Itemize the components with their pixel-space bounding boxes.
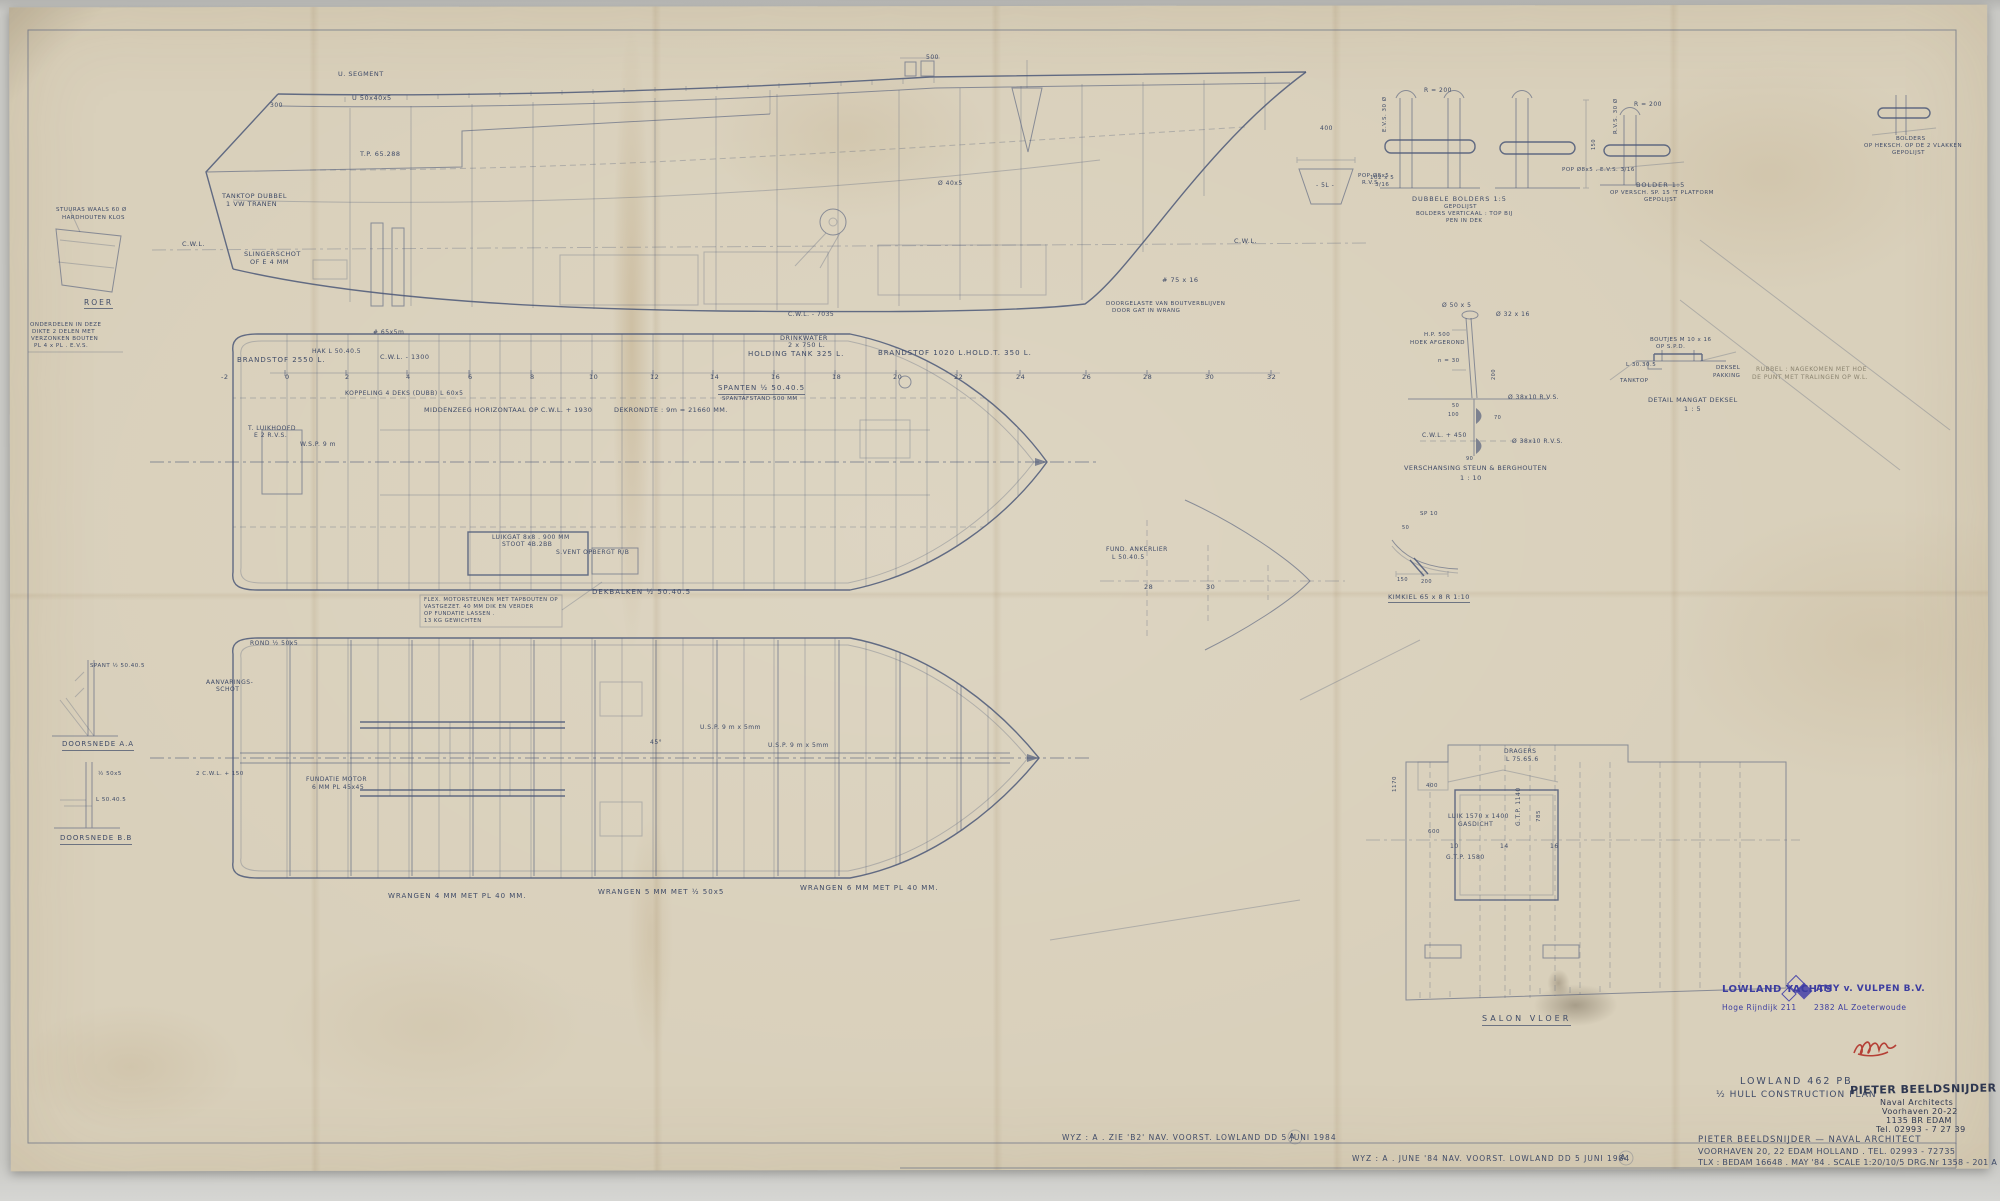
label-106: ½ 50x5 xyxy=(98,771,122,777)
label-158: GASDICHT xyxy=(1458,822,1493,829)
label-36: C.W.L. - 1300 xyxy=(380,354,430,361)
label-65: KOPPELING 4 DEKS (DUBB) L 60x5 xyxy=(345,391,463,398)
label-15: A xyxy=(1620,1154,1626,1163)
label-38: 2 x 750 L. xyxy=(788,342,825,349)
label-64: HAK L 50.40.5 xyxy=(312,349,361,356)
label-128: Ø 32 x 16 xyxy=(1496,312,1530,319)
label-49: 4 xyxy=(406,374,411,381)
label-22: T.P. 65.288 xyxy=(360,151,401,158)
label-145: TANKTOP xyxy=(1620,378,1649,384)
label-151: 50 xyxy=(1402,526,1409,532)
label-74: STOOT 4B.2BB xyxy=(502,542,552,549)
label-53: 12 xyxy=(650,374,659,381)
label-24: 1 VW TRANEN xyxy=(226,201,277,208)
caption-salon-vloer: SALON VLOER xyxy=(1482,1015,1571,1026)
label-85: ROND ½ 50x5 xyxy=(250,641,298,648)
label-149: 1 : 5 xyxy=(1684,406,1701,413)
caption-wrangen-4: WRANGEN 4 MM MET PL 40 MM. xyxy=(388,893,527,901)
label-84: 30 xyxy=(1206,584,1215,591)
label-164: 785 xyxy=(1536,810,1542,822)
label-42: 400 xyxy=(1320,126,1333,133)
label-63: 32 xyxy=(1267,374,1276,381)
label-109: R = 200 xyxy=(1424,88,1452,95)
label-130: HOEK AFGEROND xyxy=(1410,340,1465,346)
label-126: GEPOLIJST xyxy=(1892,150,1925,156)
label-92: 45° xyxy=(650,740,662,747)
caption-kimkiel: KIMKIEL 65 x 8 R 1:10 xyxy=(1388,594,1470,603)
label-47: 0 xyxy=(285,374,290,381)
label-28: C.W.L. xyxy=(1234,238,1257,245)
label-31: DOORGELASTE VAN BOUTVERBLIJVEN xyxy=(1106,301,1225,307)
label-110: R = 200 xyxy=(1634,102,1662,109)
label-68: W.S.P. 9 m xyxy=(300,442,336,449)
label-134: 50 xyxy=(1452,404,1459,410)
label-27: C.W.L. xyxy=(182,241,205,248)
label-81: FUND. ANKERLIER xyxy=(1106,547,1168,554)
label-75: S.VENT OPBERGT R/B xyxy=(556,550,629,557)
label-170: DE PUNT MET TRALINGEN OP W.L. xyxy=(1752,375,1868,382)
label-111: E.V.S. 30 Ø xyxy=(1382,96,1388,132)
caption-doorsnede-bb: DOORSNEDE B.B xyxy=(60,835,132,845)
label-152: 150 xyxy=(1397,578,1408,584)
label-120: POP Ø8x5 . E.V.S. 3/16 xyxy=(1562,167,1635,173)
label-123: GEPOLIJST xyxy=(1644,197,1677,203)
label-88: 2 C.W.L. + 150 xyxy=(196,771,244,777)
label-103: PL 4 x PL . E.V.S. xyxy=(34,343,88,349)
label-10: Tel. 02993 - 7 27 39 xyxy=(1876,1126,1966,1135)
label-83: 28 xyxy=(1144,584,1153,591)
label-18: U. SEGMENT xyxy=(338,71,384,78)
label-146: DEKSEL xyxy=(1716,365,1740,371)
label-80: 13 KG GEWICHTEN xyxy=(424,619,482,625)
label-113: 102 x 5 xyxy=(1370,175,1394,181)
label-59: 24 xyxy=(1016,374,1025,381)
label-124: BOLDERS xyxy=(1896,136,1926,142)
label-135: 100 xyxy=(1448,413,1459,419)
label-72: SPANTAFSTAND 500 MM xyxy=(722,396,798,402)
label-147: PAKKING xyxy=(1713,373,1740,379)
label-142: BOUTJES M 10 x 16 xyxy=(1650,337,1711,343)
label-56: 18 xyxy=(832,374,841,381)
label-107: L 50.40.5 xyxy=(96,797,126,803)
label-39: HOLDING TANK 325 L. xyxy=(748,351,844,359)
label-122: OP VERSCH. SP. 15 'T PLATFORM xyxy=(1610,190,1714,196)
stamp-amy-vulpen: AMY v. VULPEN B.V. xyxy=(1816,985,1925,995)
label-48: 2 xyxy=(345,374,350,381)
label-19: U 50x40x5 xyxy=(352,95,392,102)
label-21: 500 xyxy=(926,55,939,62)
label-159: G.T.P. 1580 xyxy=(1446,855,1485,862)
label-29: Ø 40x5 xyxy=(938,181,963,188)
label-58: 22 xyxy=(954,374,963,381)
label-119: PEN IN DEK xyxy=(1446,218,1482,224)
label-136: 70 xyxy=(1494,416,1501,422)
label-60: 26 xyxy=(1082,374,1091,381)
label-153: 200 xyxy=(1421,580,1432,586)
label-89: FUNDATIE MOTOR xyxy=(306,777,367,784)
caption-dubbele-bolders: DUBBELE BOLDERS 1:5 xyxy=(1412,196,1507,203)
label-82: L 50.40.5 xyxy=(1112,555,1145,562)
label-150: SP 10 xyxy=(1420,511,1438,517)
caption-dekbalken: DEKBALKEN ½ 50.40.5 xyxy=(592,589,691,597)
caption-spanten: SPANTEN ½ 50.40.5 xyxy=(718,385,805,395)
label-41: HOLD.T. 350 L. xyxy=(966,350,1032,358)
drawing-title-line1: LOWLAND 462 PB xyxy=(1740,1077,1853,1087)
revision-note-right: WYZ : A . JUNE '84 NAV. VOORST. LOWLAND … xyxy=(1352,1155,1630,1163)
label-104: SPANT ½ 50.40.5 xyxy=(90,663,145,669)
label-156: L 75.65.6 xyxy=(1506,757,1539,764)
caption-wrangen-6: WRANGEN 6 MM MET PL 40 MM. xyxy=(800,885,939,893)
revision-note-left: WYZ : A . ZIE 'B2' NAV. VOORST. LOWLAND … xyxy=(1062,1134,1337,1142)
label-57: 20 xyxy=(893,374,902,381)
label-100: ONDERDELEN IN DEZE xyxy=(30,322,102,328)
caption-wrangen-5: WRANGEN 5 MM MET ½ 50x5 xyxy=(598,889,724,897)
label-69: MIDDENZEEG HORIZONTAAL OP C.W.L. + 1930 xyxy=(424,407,592,414)
label-161: 400 xyxy=(1426,783,1438,789)
label-137: C.W.L. + 450 xyxy=(1422,433,1467,440)
label-34: C.W.L. - 7035 xyxy=(788,312,834,319)
label-78: VASTGEZET. 40 MM DIK EN VERDER xyxy=(424,605,534,611)
label-98: HARDHOUTEN KLOS xyxy=(62,215,125,221)
label-138: Ø 38x10 R.V.S. xyxy=(1512,439,1563,446)
label-155: DRAGERS xyxy=(1504,749,1536,756)
label-50: 6 xyxy=(468,374,473,381)
label-167: 16 xyxy=(1550,844,1559,851)
label-127: Ø 50 x 5 xyxy=(1442,303,1471,310)
label-17: A xyxy=(1289,1133,1295,1142)
label-32: DOOR GAT IN WRANG xyxy=(1112,308,1180,314)
label-26: OF E 4 MM xyxy=(250,259,289,266)
label-125: OP HEKSCH. OP DE 2 VLAKKEN xyxy=(1864,143,1962,149)
label-35: BRANDSTOF 2550 L. xyxy=(237,357,325,365)
label-93: U.S.P. 9 m x 5mm xyxy=(768,743,829,750)
blueprint-photo: LOWLAND YACHTSAMY v. VULPEN B.V.Hoge Rij… xyxy=(0,0,2000,1201)
label-143: OP S.P.D. xyxy=(1656,344,1685,350)
label-33: # 65x5m xyxy=(373,330,404,337)
label-3: 2382 AL Zoeterwoude xyxy=(1814,1004,1907,1012)
caption-bolder: BOLDER 1:5 xyxy=(1636,182,1685,189)
label-169: RUBBEL : NAGEKOMEN MET HOE xyxy=(1756,367,1867,374)
label-163: 1170 xyxy=(1392,776,1398,792)
label-62: 30 xyxy=(1205,374,1214,381)
label-46: -2 xyxy=(221,374,228,381)
label-67: E 2 R.V.S. xyxy=(254,433,287,440)
label-118: BOLDERS VERTICAAL : TOP BIJ xyxy=(1416,211,1513,217)
label-2: Hoge Rijndijk 211 xyxy=(1722,1004,1797,1012)
label-61: 28 xyxy=(1143,374,1152,381)
label-141: 1 : 10 xyxy=(1460,475,1482,482)
caption-mangat: DETAIL MANGAT DEKSEL xyxy=(1648,397,1738,404)
label-54: 14 xyxy=(710,374,719,381)
label-87: SCHOT xyxy=(216,687,239,694)
label-40: BRANDSTOF 1020 L. xyxy=(878,350,966,358)
label-133: Ø 38x10 R.V.S. xyxy=(1508,395,1559,402)
stamp-beeldsnijder: PIETER BEELDSNIJDER xyxy=(1850,1082,1997,1097)
label-117: GEPOLIJST xyxy=(1444,204,1477,210)
label-114: 3/16 xyxy=(1375,182,1389,188)
caption-verschansing: VERSCHANSING STEUN & BERGHOUTEN xyxy=(1404,465,1547,472)
label-160: G.T.P. 1140 xyxy=(1516,787,1523,826)
label-90: 6 MM PL 45x45 xyxy=(312,785,364,792)
caption-doorsnede-aa: DOORSNEDE A.A xyxy=(62,741,134,751)
label-112: R.V.S. 30 Ø xyxy=(1613,98,1619,134)
titleblock-architect: PIETER BEELDSNIJDER — NAVAL ARCHITECT xyxy=(1698,1136,1922,1145)
label-20: 300 xyxy=(270,103,283,110)
label-132: 200 xyxy=(1492,369,1498,380)
label-45: - 5L - xyxy=(1316,183,1334,190)
label-162: 600 xyxy=(1428,829,1440,835)
label-144: L 30.30.5 xyxy=(1626,362,1656,368)
label-70: DEKRONDTE : 9m = 21660 MM. xyxy=(614,407,728,414)
label-101: DIKTE 2 DELEN MET xyxy=(32,329,95,335)
titleblock-address: VOORHAVEN 20, 22 EDAM HOLLAND . TEL. 029… xyxy=(1698,1148,1956,1157)
label-131: n = 30 xyxy=(1438,358,1460,364)
label-166: 14 xyxy=(1500,844,1509,851)
label-165: 10 xyxy=(1450,844,1459,851)
labels-layer: LOWLAND YACHTSAMY v. VULPEN B.V.Hoge Rij… xyxy=(0,0,2000,1201)
label-139: 90 xyxy=(1466,457,1473,463)
label-157: LUIK 1570 x 1400 xyxy=(1448,814,1509,821)
titleblock-telex: TLX : BEDAM 16648 . MAY '84 . SCALE 1:20… xyxy=(1698,1159,1997,1168)
label-52: 10 xyxy=(589,374,598,381)
label-79: OP FUNDATIE LASSEN . xyxy=(424,612,495,618)
label-91: U.S.P. 9 m x 5mm xyxy=(700,725,761,732)
label-129: H.P. 500 xyxy=(1424,332,1450,338)
label-102: VERZONKEN BOUTEN xyxy=(31,336,98,342)
caption-roer: ROER xyxy=(84,299,113,309)
label-115: 150 xyxy=(1592,139,1598,150)
label-97: STUURAS WAALS 60 Ø xyxy=(56,207,127,213)
label-51: 8 xyxy=(530,374,535,381)
label-77: FLEX. MOTORSTEUNEN MET TAPBOUTEN OP xyxy=(424,598,558,604)
label-55: 16 xyxy=(771,374,780,381)
label-30: # 75 x 16 xyxy=(1162,277,1199,284)
